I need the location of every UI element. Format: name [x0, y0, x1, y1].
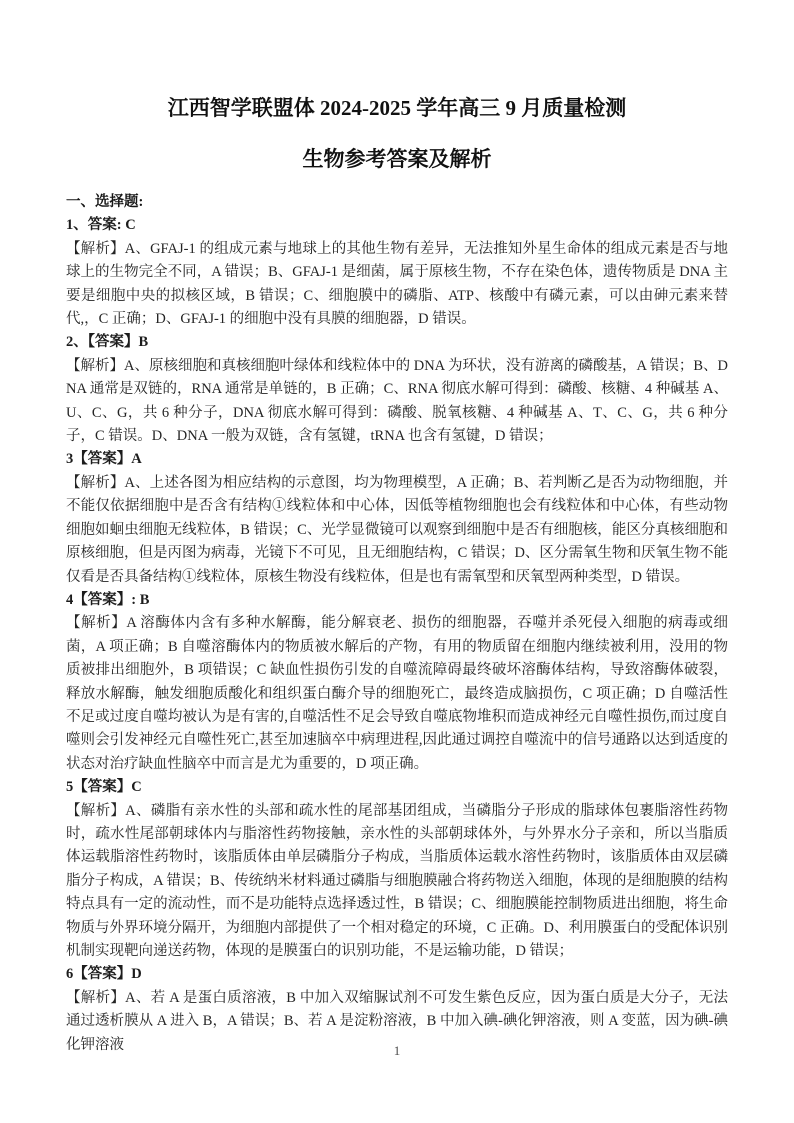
answer-label-3: 3【答案】A	[66, 448, 728, 471]
document-title: 江西智学联盟体 2024-2025 学年高三 9 月质量检测	[66, 93, 728, 123]
answer-analysis-5: 【解析】A、磷脂有亲水性的头部和疏水性的尾部基团组成，当磷脂分子形成的脂球体包裹…	[66, 800, 728, 964]
answer-label-6: 6【答案】D	[66, 963, 728, 986]
document-page: 江西智学联盟体 2024-2025 学年高三 9 月质量检测 生物参考答案及解析…	[0, 0, 794, 1123]
answer-label-1: 1、答案: C	[66, 214, 728, 237]
answer-label-4: 4【答案】: B	[66, 589, 728, 612]
answers-section: 一、选择题: 1、答案: C 【解析】A、GFAJ-1 的组成元素与地球上的其他…	[66, 191, 728, 1057]
answer-analysis-2: 【解析】A、原核细胞和真核细胞叶绿体和线粒体中的 DNA 为环状，没有游离的磷酸…	[66, 355, 728, 449]
section-heading: 一、选择题:	[66, 191, 728, 214]
document-subtitle: 生物参考答案及解析	[66, 144, 728, 174]
page-number: 1	[0, 1043, 794, 1059]
answer-analysis-3: 【解析】A、上述各图为相应结构的示意图，均为物理模型，A 正确；B、若判断乙是否…	[66, 472, 728, 589]
answer-analysis-1: 【解析】A、GFAJ-1 的组成元素与地球上的其他生物有差异，无法推知外星生命体…	[66, 238, 728, 332]
answer-label-5: 5【答案】C	[66, 776, 728, 799]
answer-label-2: 2、【答案】B	[66, 331, 728, 354]
answer-analysis-4: 【解析】A 溶酶体内含有多种水解酶，能分解衰老、损伤的细胞器，吞噬并杀死侵入细胞…	[66, 612, 728, 776]
